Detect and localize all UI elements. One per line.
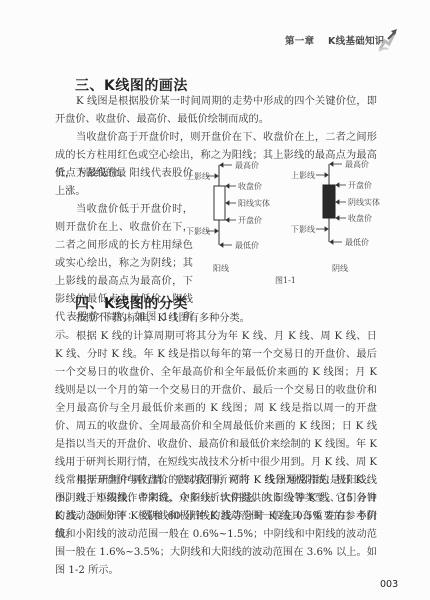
paragraph: K 线图是根据股价某一时间周期的走势中形成的四个关键价位，即开盘价、收盘价、最高… [55,93,377,129]
label-yin-name: 阴线 [332,263,348,274]
label-yang-low: 最低价 [235,240,259,251]
label-yang-close: 收盘价 [238,181,262,192]
section-title-3: 三、K线图的画法 [75,75,188,95]
label-yin-upper-shadow: 上影线 [291,170,315,181]
figure-candlestick: 最高价 上影线 收盘价 阳线实体 开盘价 下影线 最低价 阳线 最高价 上影线 … [180,150,400,290]
label-yang-name: 阳线 [213,263,229,274]
label-yin-low: 最低价 [345,237,369,248]
paragraph: 低点为最低价。阳线代表股价上涨。 [55,165,193,201]
label-yang-upper-shadow: 上影线 [186,171,210,182]
label-yang-open: 开盘价 [238,215,262,226]
label-yang-high: 最高价 [235,160,259,171]
label-yin-lower-shadow: 下影线 [291,224,315,235]
page-number: 003 [380,579,398,590]
paragraph: 根据开盘价与收盘价的波动范围，可将 K 线分为极阴线、极阳线、小阴线、小阳线、中… [55,472,377,580]
pen-chart-icon [376,27,398,53]
label-yin-high: 最高价 [345,159,369,170]
label-yin-body: 阴线实体 [348,197,380,208]
label-yang-lower-shadow: 下影线 [186,226,210,237]
running-header: 第一章 K线基础知识 [285,33,385,47]
figure-caption: 图1-1 [275,275,296,286]
paragraph: 按照不同的标准，K 线图有多种分类。 [55,310,377,328]
label-yang-body: 阳线实体 [238,198,270,209]
chapter-label: 第一章 [285,36,314,47]
label-yin-open: 开盘价 [348,180,372,191]
label-yin-close: 收盘价 [348,213,372,224]
